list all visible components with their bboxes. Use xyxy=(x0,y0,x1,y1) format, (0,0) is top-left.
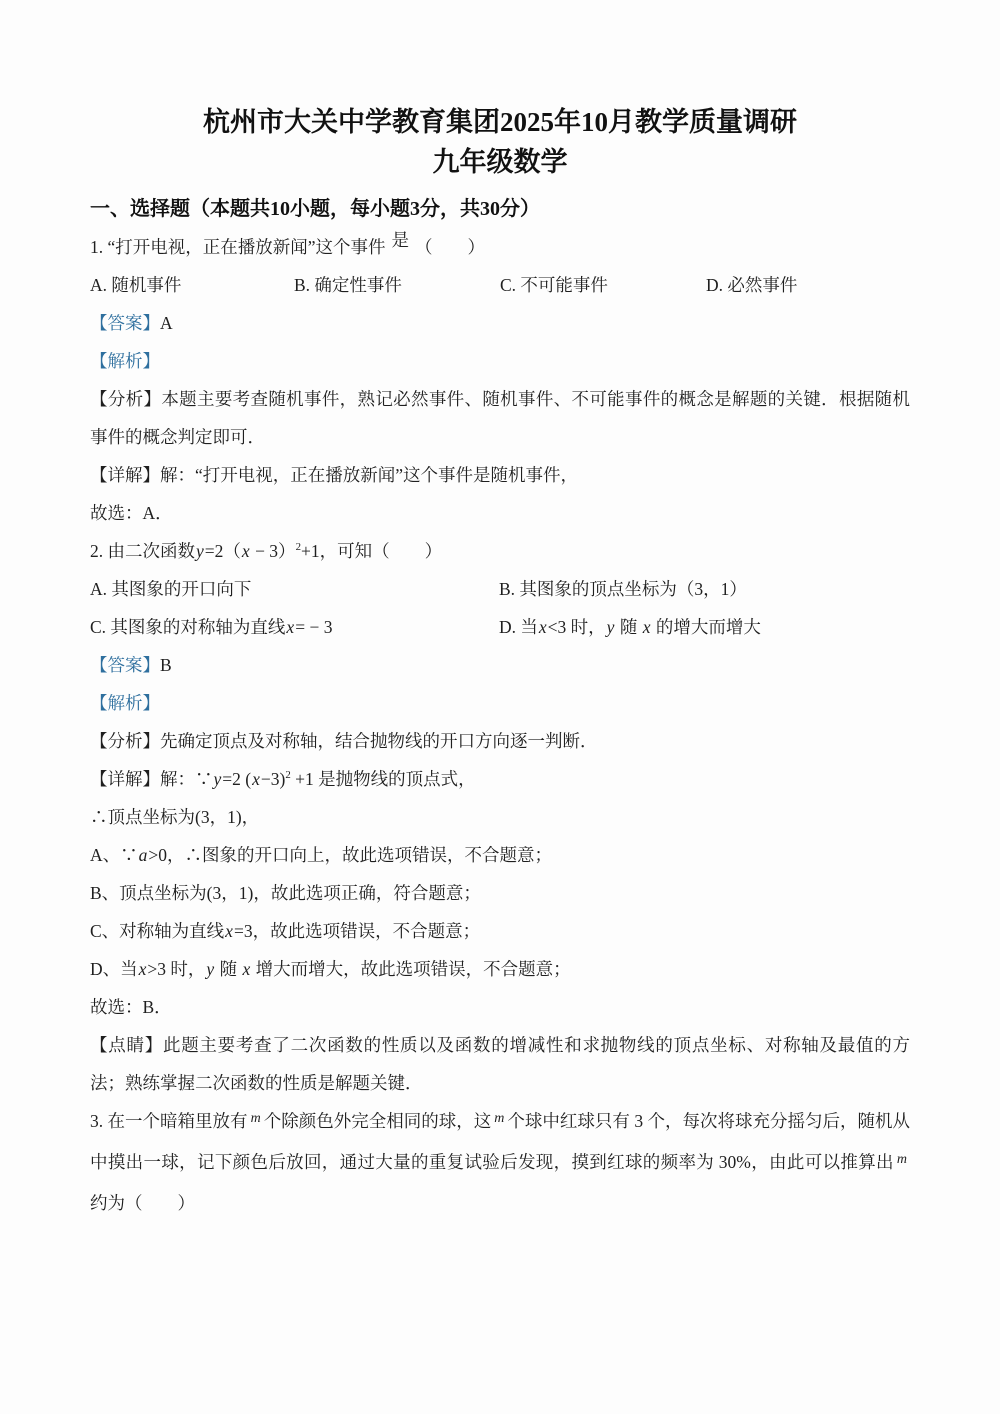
q1-fenxi-paragraph: 【分析】本题主要考查随机事件，熟记必然事件、随机事件、不可能事件的概念是解题的关… xyxy=(90,380,910,456)
q2-fenxi-line: 【分析】先确定顶点及对称轴，结合抛物线的开口方向逐一判断． xyxy=(90,722,910,760)
text-segment: （ ） xyxy=(415,237,485,257)
q2-options-row-ab: A. 其图象的开口向下 B. 其图象的顶点坐标为（3，1） xyxy=(90,570,910,608)
q1-option-b: B. 确定性事件 xyxy=(294,266,500,304)
segment-blue: 【解析】 xyxy=(90,351,160,371)
segment-i: x xyxy=(138,959,148,979)
q1-option-d: D. 必然事件 xyxy=(706,266,910,304)
segment-i: y xyxy=(195,541,205,561)
q2-item-d-line: D、当x>3 时，y 随 x 增大而增大，故此选项错误，不合题意； xyxy=(90,950,910,988)
q2-xiangjie-line: 【详解】解：∵y=2 (x−3)2 +1 是抛物线的顶点式， xyxy=(90,760,910,798)
q2-analysis-label: 【解析】 xyxy=(90,684,910,722)
segment-i: y xyxy=(213,769,223,789)
segment-blue: 【解析】 xyxy=(90,693,160,713)
segment-i: x xyxy=(241,959,251,979)
q1-option-c: C. 不可能事件 xyxy=(500,266,706,304)
text-segment: +1 是抛物线的顶点式， xyxy=(291,769,476,789)
q1-guxuan-line: 故选：A． xyxy=(90,494,910,532)
q1-option-a: A. 随机事件 xyxy=(90,266,294,304)
q2-option-b: B. 其图象的顶点坐标为（3，1） xyxy=(499,570,910,608)
q2-dianjing-paragraph: 【点睛】此题主要考查了二次函数的性质以及函数的增减性和求抛物线的顶点坐标、对称轴… xyxy=(90,1026,910,1102)
text-segment: 的增大而增大 xyxy=(651,617,760,637)
q2-answer-line: 【答案】B xyxy=(90,646,910,684)
text-segment: 随 xyxy=(615,617,641,637)
text-segment: D. 当 xyxy=(499,617,538,637)
q2-option-a: A. 其图象的开口向下 xyxy=(90,570,499,608)
segment-i: y xyxy=(606,617,616,637)
segment-i: y xyxy=(205,959,215,979)
text-segment: =3，故此选项错误，不合题意； xyxy=(234,921,480,941)
text-segment: A xyxy=(160,313,173,333)
segment-blue: 【答案】 xyxy=(90,313,160,333)
text-segment: 2. 由二次函数 xyxy=(90,541,195,561)
doc-title-line1: 杭州市大关中学教育集团2025年10月教学质量调研 xyxy=(90,102,910,142)
text-segment: 1. “打开电视，正在播放新闻”这个事件 xyxy=(90,237,386,257)
segment-blue: 【答案】 xyxy=(90,655,160,675)
segment-i: x xyxy=(251,769,261,789)
section-heading-choice-questions: 一、选择题（本题共10小题，每小题3分，共30分） xyxy=(90,190,910,228)
q2-options-row-cd: C. 其图象的对称轴为直线x= − 3 D. 当x<3 时，y 随 x 的增大而… xyxy=(90,608,910,646)
q2-item-a-line: A、∵a>0，∴图象的开口向上，故此选项错误，不合题意； xyxy=(90,836,910,874)
text-segment: D、当 xyxy=(90,959,138,979)
segment-im: m xyxy=(894,1152,910,1167)
text-segment: − 3） xyxy=(251,541,296,561)
q2-option-d: D. 当x<3 时，y 随 x 的增大而增大 xyxy=(499,608,910,646)
segment-i: a xyxy=(138,845,149,865)
text-segment: 随 xyxy=(215,959,241,979)
segment-raised: 是 xyxy=(386,230,416,250)
exam-document-page: 杭州市大关中学教育集团2025年10月教学质量调研 九年级数学 一、选择题（本题… xyxy=(0,0,1000,1414)
text-segment: A、∵ xyxy=(90,845,138,865)
text-segment: = − 3 xyxy=(295,617,332,637)
q2-option-c: C. 其图象的对称轴为直线x= − 3 xyxy=(90,608,499,646)
text-segment: =2（ xyxy=(205,541,241,561)
text-segment: 约为（ ） xyxy=(90,1193,195,1213)
q2-guxuan-line: 故选：B． xyxy=(90,988,910,1026)
segment-i: x xyxy=(241,541,251,561)
text-segment: >0，∴图象的开口向上，故此选项错误，不合题意； xyxy=(148,845,552,865)
q1-options-row: A. 随机事件 B. 确定性事件 C. 不可能事件 D. 必然事件 xyxy=(90,266,910,304)
segment-im: m xyxy=(491,1111,507,1126)
q2-item-c-line: C、对称轴为直线x=3，故此选项错误，不合题意； xyxy=(90,912,910,950)
q2-item-b-line: B、顶点坐标为(3，1)，故此选项正确，符合题意； xyxy=(90,874,910,912)
text-segment: <3 时， xyxy=(548,617,606,637)
text-segment: +1，可知（ ） xyxy=(301,541,442,561)
q1-stem: 1. “打开电视，正在播放新闻”这个事件是（ ） xyxy=(90,228,910,266)
text-segment: >3 时， xyxy=(147,959,205,979)
segment-im: m xyxy=(248,1111,264,1126)
text-segment: C、对称轴为直线 xyxy=(90,921,224,941)
text-segment: B xyxy=(160,655,172,675)
text-segment: 增大而增大，故此选项错误，不合题意； xyxy=(251,959,570,979)
segment-i: x xyxy=(224,921,234,941)
q2-vertex-line: ∴顶点坐标为(3，1)， xyxy=(90,798,910,836)
q1-xiangjie-line: 【详解】解：“打开电视，正在播放新闻”这个事件是随机事件， xyxy=(90,456,910,494)
text-segment: 3. 在一个暗箱里放有 xyxy=(90,1111,248,1131)
segment-i: x xyxy=(285,617,295,637)
text-segment: =2 ( xyxy=(222,769,251,789)
q2-stem: 2. 由二次函数y=2（x − 3）2+1，可知（ ） xyxy=(90,532,910,570)
text-segment: 个除颜色外完全相同的球，这 xyxy=(264,1111,492,1131)
text-segment: −3) xyxy=(261,769,285,789)
q1-answer-line: 【答案】A xyxy=(90,304,910,342)
text-segment: 【详解】解：∵ xyxy=(90,769,213,789)
text-segment: C. 其图象的对称轴为直线 xyxy=(90,617,285,637)
segment-i: x xyxy=(538,617,548,637)
q1-analysis-label: 【解析】 xyxy=(90,342,910,380)
doc-title-line2: 九年级数学 xyxy=(90,142,910,182)
q3-stem-paragraph: 3. 在一个暗箱里放有m个除颜色外完全相同的球，这m个球中红球只有 3 个，每次… xyxy=(90,1102,910,1222)
